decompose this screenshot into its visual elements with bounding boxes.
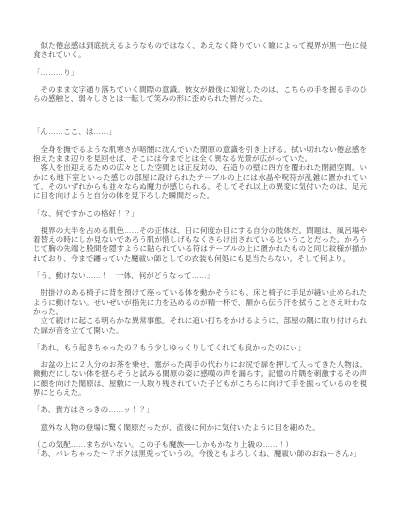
dialogue-line: 「………り」 <box>33 68 367 77</box>
narration-paragraph: 意外な人物の登場に驚く閑原だったが、直後に何かに気付いたように目を細めた。 <box>33 423 367 432</box>
dialogue-line: 「う、動けない……！ 一体、何がどうなって……」 <box>33 271 367 280</box>
narration-paragraph: 肘掛けのある椅子に背を預けて座っている体を動かそうにも、床と椅子に手足が縫い止め… <box>33 288 367 316</box>
dialogue-line: 「あ、バレちゃった～？ボクは黒兎っていうの。今後ともよろしくね、魔祓い師のおねー… <box>33 449 367 458</box>
narration-paragraph: そのまま文字通り落ちていく間際の意識。彼女が最後に知覚したのは、こちらの手を握る… <box>33 85 367 104</box>
narration-paragraph: 全身を撫でるような肌寒さが暗闇に沈んでいた閑原の意識を引き上げる。拭い切れない倦… <box>33 145 367 164</box>
narration-paragraph: 視界の大半を占める肌色……その正体は、日に何度か目にする自分の肢体だ。問題は、風… <box>33 226 367 263</box>
narration-paragraph: 立て続けに起こる明らかな異常事態。それに追い打ちをかけるように、部屋の隅に取り付… <box>33 316 367 335</box>
narration-paragraph: 似た倦怠感は到底抗えるようなものではなく、あえなく降りていく瞼によって視界が黒一… <box>33 41 367 60</box>
dialogue-line: 「あれ、もう起きちゃったの？もう少しゆっくりしてくれても良かったのにぃ」 <box>33 343 367 352</box>
novel-page: 似た倦怠感は到底抗えるようなものではなく、あえなく降りていく瞼によって視界が黒一… <box>0 0 400 518</box>
narration-paragraph: お盆の上に２人分のお茶を乗せ、塞がった両手の代わりにお尻で扉を押して入ってきた人… <box>33 360 367 397</box>
novel-text-body: 似た倦怠感は到底抗えるようなものではなく、あえなく降りていく瞼によって視界が黒一… <box>33 41 367 459</box>
narration-paragraph: 客人を出迎えるための広々とした空間とは正反対の、石造りの壁に四方を覆われた閉鎖空… <box>33 163 367 200</box>
dialogue-line: 「あ、貴方はさっきの……ッ！？」 <box>33 405 367 414</box>
thought-line: （この気配……まちがいない。この子も魔族──しかもかなり上級の……！） <box>33 440 367 449</box>
dialogue-line: 「ん……ここ、は……」 <box>33 127 367 136</box>
dialogue-line: 「な、何ですかこの格好！？」 <box>33 209 367 218</box>
